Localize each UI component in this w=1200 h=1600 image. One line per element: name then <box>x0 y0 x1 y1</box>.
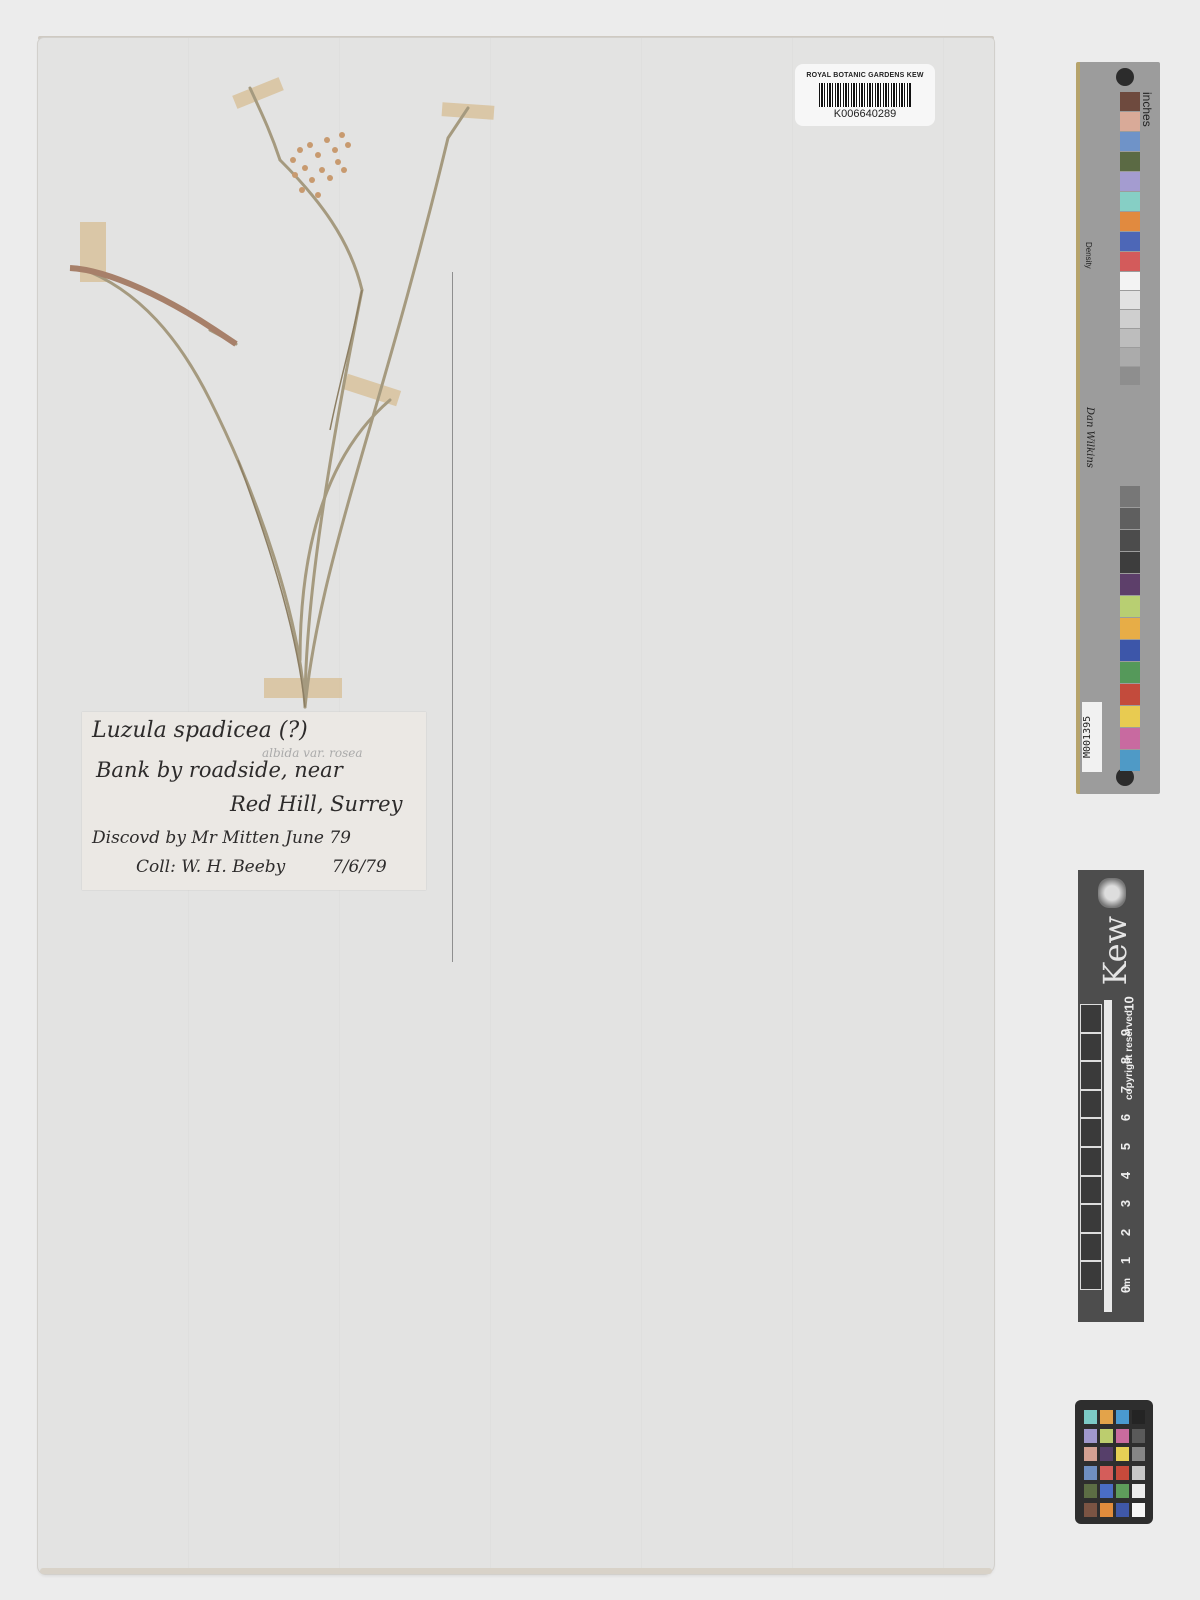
color-swatch <box>1120 662 1140 683</box>
color-swatch <box>1120 596 1140 617</box>
color-patch <box>1132 1466 1145 1480</box>
color-patch <box>1116 1447 1129 1461</box>
color-patch <box>1116 1410 1129 1424</box>
tape-strip <box>442 102 495 120</box>
color-patch <box>1084 1429 1097 1443</box>
discovery-note: Discovd by Mr Mitten June 79 <box>92 828 351 848</box>
color-checker-card <box>1075 1400 1153 1524</box>
ruler-brand: Dan Wilkins <box>1084 407 1095 468</box>
color-swatch <box>1120 192 1140 211</box>
cm-block <box>1080 1176 1102 1205</box>
sheet-bottom-edge <box>40 1568 992 1574</box>
color-patch <box>1132 1447 1145 1461</box>
color-swatch <box>1120 329 1140 347</box>
color-swatch <box>1120 574 1140 595</box>
cm-tick-label: 2 <box>1118 1229 1133 1236</box>
institution-name: ROYAL BOTANIC GARDENS KEW <box>795 72 935 79</box>
scale-strip <box>1104 1000 1112 1312</box>
cm-tick-label: 7 <box>1118 1086 1133 1093</box>
color-swatch <box>1120 348 1140 366</box>
cm-tick-label: 5 <box>1118 1143 1133 1150</box>
cm-tick-label: 9 <box>1118 1028 1133 1035</box>
color-patch <box>1100 1484 1113 1498</box>
kew-logo: Kew <box>1096 916 1134 985</box>
color-patch <box>1132 1503 1145 1517</box>
color-swatch <box>1120 486 1140 507</box>
color-swatch <box>1120 291 1140 309</box>
kew-crest-icon <box>1098 878 1126 908</box>
collector: Coll: W. H. Beeby <box>136 857 285 877</box>
color-patch <box>1100 1410 1113 1424</box>
cm-block <box>1080 1118 1102 1147</box>
color-patch <box>1084 1466 1097 1480</box>
color-swatch <box>1120 212 1140 231</box>
tape-strip <box>343 374 401 407</box>
color-patch <box>1100 1503 1113 1517</box>
color-swatch <box>1120 508 1140 529</box>
barcode-number: K006640289 <box>795 108 935 120</box>
barcode-label: ROYAL BOTANIC GARDENS KEW K006640289 <box>795 64 935 126</box>
collection-label: Luzula spadicea (?) albida var. rosea Ba… <box>82 712 426 890</box>
color-density-ruler: inches Density Dan Wilkins M001395 <box>1076 62 1160 794</box>
color-swatch <box>1120 152 1140 171</box>
color-swatch <box>1120 552 1140 573</box>
color-patch <box>1084 1410 1097 1424</box>
ruler-code: M001395 <box>1082 702 1102 772</box>
kew-cm-scale: Kew copyright reserved 012345678910 cm <box>1078 870 1144 1322</box>
color-swatch <box>1120 367 1140 385</box>
color-patch <box>1084 1447 1097 1461</box>
color-swatch <box>1120 640 1140 661</box>
cm-block <box>1080 1033 1102 1062</box>
color-swatch <box>1120 232 1140 251</box>
ruler-hole-icon <box>1116 68 1134 86</box>
color-patch <box>1100 1466 1113 1480</box>
cm-unit: cm <box>1122 1278 1133 1292</box>
color-patch <box>1116 1429 1129 1443</box>
locality-town: Red Hill, Surrey <box>230 792 402 816</box>
cm-block <box>1080 1233 1102 1262</box>
color-patch <box>1116 1484 1129 1498</box>
color-swatch <box>1120 706 1140 727</box>
color-swatch <box>1120 530 1140 551</box>
color-swatch <box>1120 172 1140 191</box>
color-swatch <box>1120 728 1140 749</box>
color-patch <box>1100 1447 1113 1461</box>
color-swatch <box>1120 92 1140 111</box>
color-swatch <box>1120 310 1140 328</box>
color-patch <box>1084 1503 1097 1517</box>
cm-tick-label: 8 <box>1118 1057 1133 1064</box>
color-patch <box>1132 1429 1145 1443</box>
color-patch <box>1116 1503 1129 1517</box>
cm-tick-label: 4 <box>1118 1171 1133 1178</box>
cm-block <box>1080 1090 1102 1119</box>
pressed-plant-specimen <box>0 0 520 720</box>
color-swatch <box>1120 132 1140 151</box>
collection-date: 7/6/79 <box>332 857 387 877</box>
cm-block <box>1080 1147 1102 1176</box>
color-patch <box>1132 1410 1145 1424</box>
cm-tick-label: 3 <box>1118 1200 1133 1207</box>
cm-block <box>1080 1061 1102 1090</box>
locality-line: Bank by roadside, near <box>96 758 343 782</box>
color-swatch <box>1120 252 1140 271</box>
color-swatch <box>1120 112 1140 131</box>
color-patch <box>1116 1466 1129 1480</box>
color-patch <box>1100 1429 1113 1443</box>
cm-tick-label: 1 <box>1118 1257 1133 1264</box>
cm-block <box>1080 1261 1102 1290</box>
cm-block <box>1080 1004 1102 1033</box>
units-label: inches <box>1140 92 1154 127</box>
cm-tick-label: 10 <box>1122 996 1137 1010</box>
color-swatch <box>1120 272 1140 290</box>
density-label: Density <box>1084 242 1093 269</box>
color-swatch <box>1120 684 1140 705</box>
color-swatch <box>1120 750 1140 771</box>
cm-tick-label: 6 <box>1118 1114 1133 1121</box>
barcode-icon <box>819 83 911 107</box>
color-patch <box>1132 1484 1145 1498</box>
color-patch <box>1084 1484 1097 1498</box>
taxon-name: Luzula spadicea (?) <box>92 718 308 743</box>
cm-block <box>1080 1204 1102 1233</box>
color-swatch <box>1120 618 1140 639</box>
